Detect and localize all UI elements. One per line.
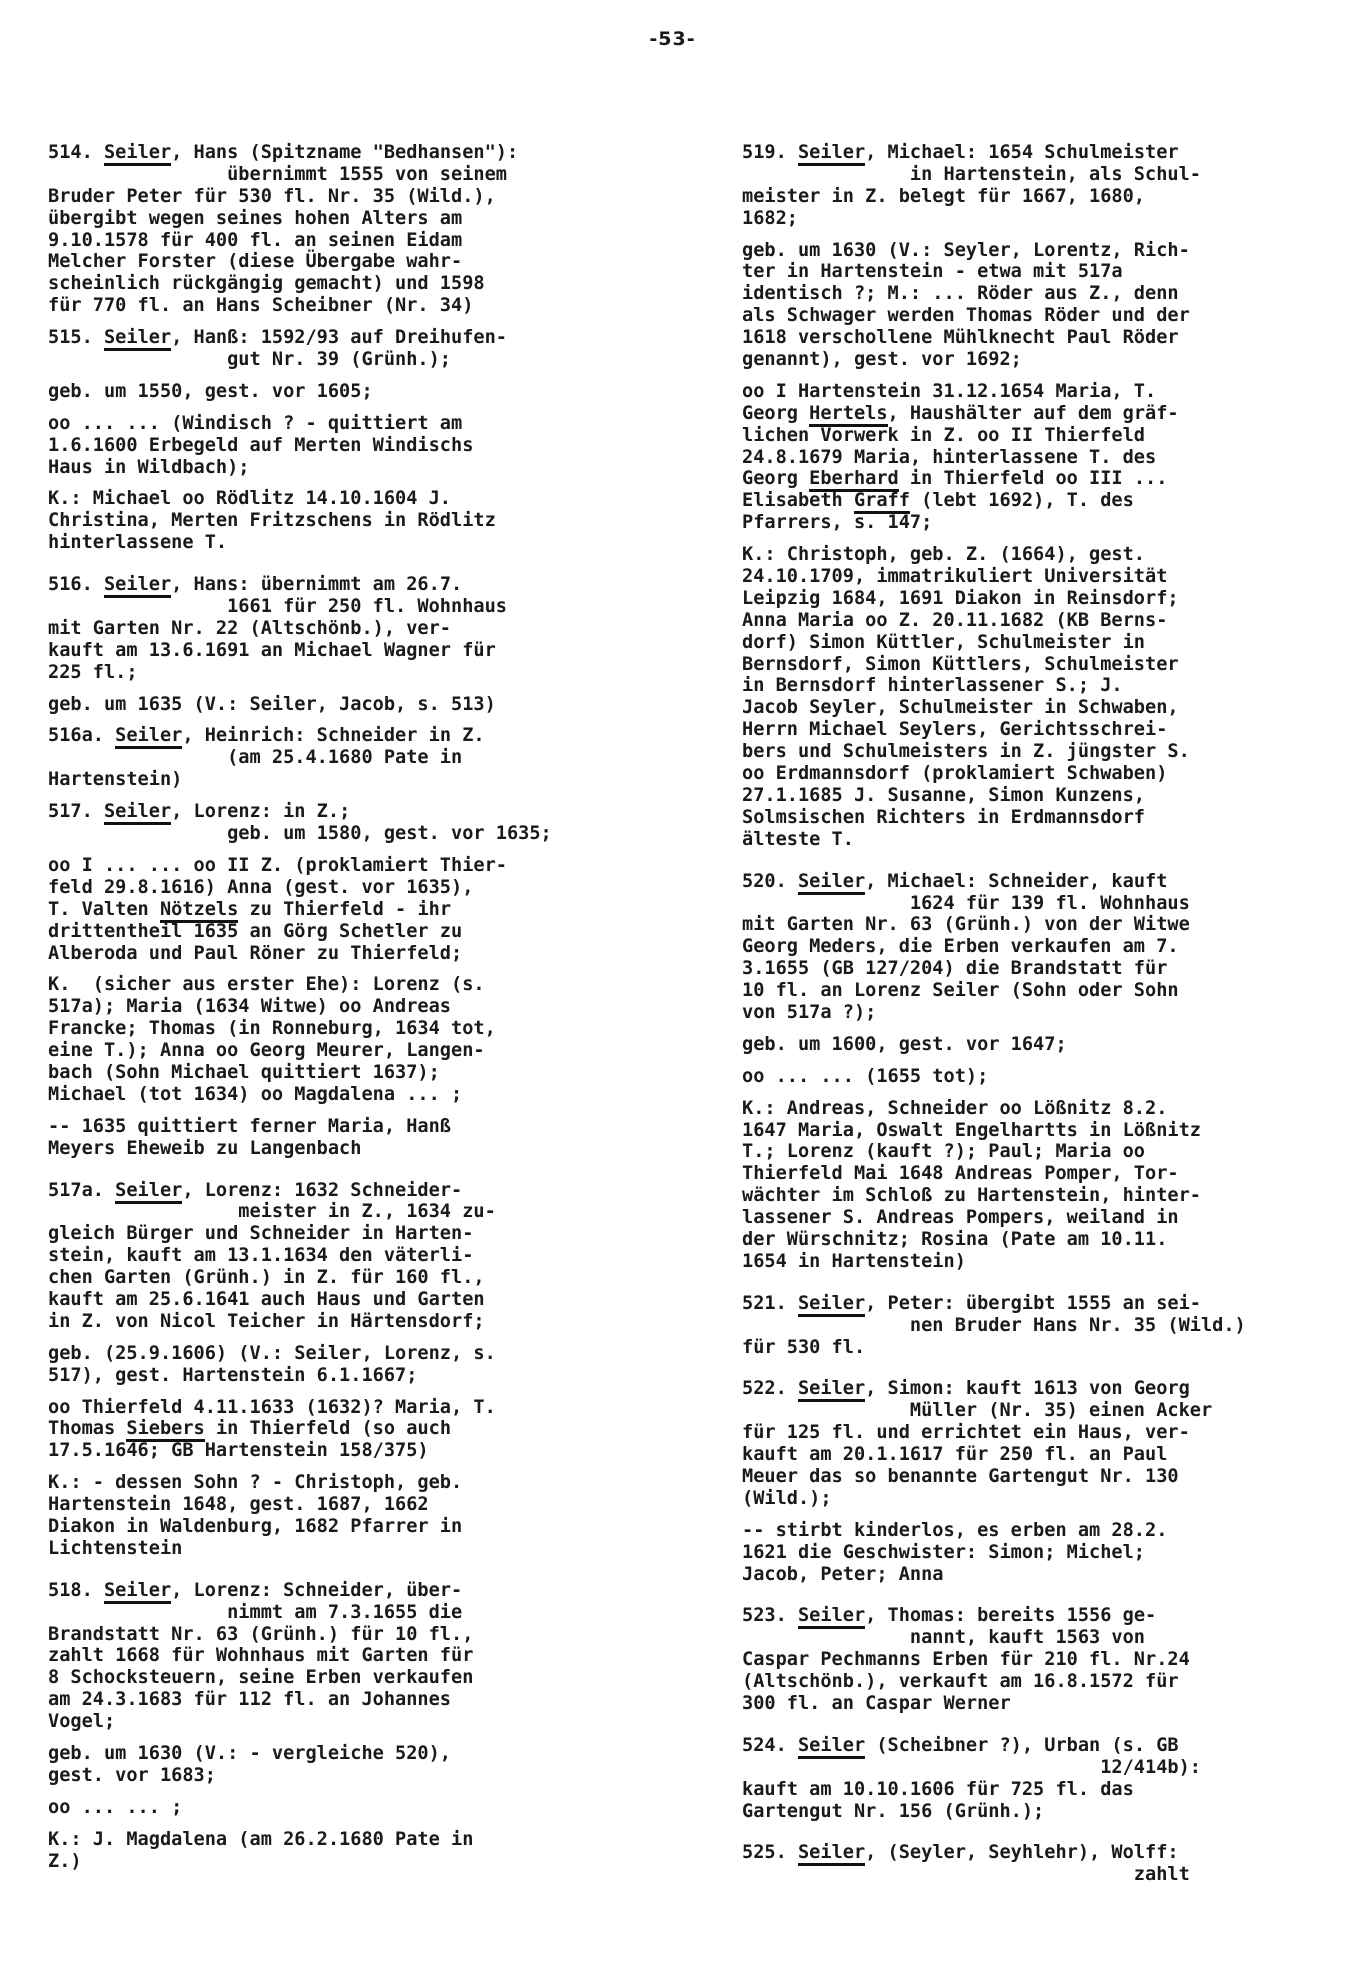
text-line: 517a. Seiler, Lorenz: 1632 Schneider- bbox=[48, 1180, 648, 1202]
text-line: identisch ?; M.: ... Röder aus Z., denn bbox=[742, 283, 1332, 305]
text-line: in Bernsdorf hinterlassener S.; J. bbox=[742, 675, 1332, 697]
text-line: 12/414b): bbox=[742, 1757, 1332, 1779]
entry-515-b: geb. um 1550, gest. vor 1605; bbox=[48, 381, 648, 403]
entry-519-b: geb. um 1630 (V.: Seyler, Lorentz, Rich-… bbox=[742, 240, 1332, 371]
text-line: Leipzig 1684, 1691 Diakon in Reinsdorf; bbox=[742, 588, 1332, 610]
entry-519-a: 519. Seiler, Michael: 1654 Schulmeister … bbox=[742, 142, 1332, 230]
page-number: -53- bbox=[0, 28, 1345, 50]
underlined-name: Graff bbox=[854, 490, 910, 514]
text-line: nimmt am 7.3.1655 die bbox=[48, 1602, 648, 1624]
entry-522-b: -- stirbt kinderlos, es erben am 28.2.16… bbox=[742, 1520, 1332, 1586]
entry-517a-b: geb. (25.9.1606) (V.: Seiler, Lorenz, s.… bbox=[48, 1343, 648, 1387]
text-line: 524. Seiler (Scheibner ?), Urban (s. GB bbox=[742, 1735, 1332, 1757]
text-line: 521. Seiler, Peter: übergibt 1555 an sei… bbox=[742, 1293, 1332, 1315]
text-line: Hartenstein 1648, gest. 1687, 1662 bbox=[48, 1494, 648, 1516]
text-line: 518. Seiler, Lorenz: Schneider, über- bbox=[48, 1580, 648, 1602]
text-line: Georg Hertels, Haushälter auf dem gräf- bbox=[742, 403, 1332, 425]
entry-514: 514. Seiler, Hans (Spitzname "Bedhansen"… bbox=[48, 142, 648, 317]
entry-518-d: K.: J. Magdalena (am 26.2.1680 Pate inZ.… bbox=[48, 1829, 648, 1873]
text-line: oo Erdmannsdorf (proklamiert Schwaben) bbox=[742, 763, 1332, 785]
entry-524: 524. Seiler (Scheibner ?), Urban (s. GB … bbox=[742, 1735, 1332, 1823]
entry-518-c: oo ... ... ; bbox=[48, 1797, 648, 1819]
text-line: kauft am 25.6.1641 auch Haus und Garten bbox=[48, 1289, 648, 1311]
entry-522-a: 522. Seiler, Simon: kauft 1613 von Georg… bbox=[742, 1378, 1332, 1509]
text-line: 520. Seiler, Michael: Schneider, kauft bbox=[742, 871, 1332, 893]
text-line: 1621 die Geschwister: Simon; Michel; bbox=[742, 1542, 1332, 1564]
text-line: übergibt wegen seines hohen Alters am bbox=[48, 208, 648, 230]
text-line: Brandstatt Nr. 63 (Grünh.) für 10 fl., bbox=[48, 1624, 648, 1646]
text-line: Elisabeth Graff (lebt 1692), T. des bbox=[742, 490, 1332, 512]
text-line: (Wild.); bbox=[742, 1488, 1332, 1510]
entry-515-d: K.: Michael oo Rödlitz 14.10.1604 J.Chri… bbox=[48, 488, 648, 554]
text-line: 225 fl.; bbox=[48, 662, 648, 684]
text-line: K.: - dessen Sohn ? - Christoph, geb. bbox=[48, 1472, 648, 1494]
text-line: 517a); Maria (1634 Witwe) oo Andreas bbox=[48, 996, 648, 1018]
text-line: genannt), gest. vor 1692; bbox=[742, 349, 1332, 371]
text-line: 525. Seiler, (Seyler, Seyhlehr), Wolff: bbox=[742, 1842, 1332, 1864]
text-line: nannt, kauft 1563 von bbox=[742, 1627, 1332, 1649]
entry-520-b: geb. um 1600, gest. vor 1647; bbox=[742, 1034, 1332, 1056]
text-line: 1682; bbox=[742, 208, 1332, 230]
text-line: 1647 Maria, Oswalt Engelhartts in Lößnit… bbox=[742, 1120, 1332, 1142]
text-line: von 517a ?); bbox=[742, 1002, 1332, 1024]
text-line: 10 fl. an Lorenz Seiler (Sohn oder Sohn bbox=[742, 980, 1332, 1002]
text-line: 517. Seiler, Lorenz: in Z.; bbox=[48, 801, 648, 823]
text-line: Georg Eberhard in Thierfeld oo III ... bbox=[742, 468, 1332, 490]
text-line: oo I Hartenstein 31.12.1654 Maria, T. bbox=[742, 381, 1332, 403]
entry-520-c: oo ... ... (1655 tot); bbox=[742, 1066, 1332, 1088]
text-line: gleich Bürger und Schneider in Harten- bbox=[48, 1223, 648, 1245]
text-line: stein, kauft am 13.1.1634 den väterli- bbox=[48, 1245, 648, 1267]
text-line: meister in Z., 1634 zu- bbox=[48, 1201, 648, 1223]
underlined-name: Seiler bbox=[798, 1842, 865, 1866]
text-line: älteste T. bbox=[742, 829, 1332, 851]
entry-517a-a: 517a. Seiler, Lorenz: 1632 Schneider- me… bbox=[48, 1180, 648, 1333]
entry-519-d: K.: Christoph, geb. Z. (1664), gest.24.1… bbox=[742, 544, 1332, 850]
text-line: Gartengut Nr. 156 (Grünh.); bbox=[742, 1801, 1332, 1823]
underlined-name: Seiler bbox=[115, 725, 182, 749]
text-line: 17.5.1646; GB Hartenstein 158/375) bbox=[48, 1440, 648, 1462]
text-line: drittentheil 1635 an Görg Schetler zu bbox=[48, 921, 648, 943]
text-line: für 530 fl. bbox=[742, 1337, 1332, 1359]
text-line: übernimmt 1555 von seinem bbox=[48, 164, 648, 186]
text-line: geb. um 1550, gest. vor 1605; bbox=[48, 381, 648, 403]
text-line: 1654 in Hartenstein) bbox=[742, 1251, 1332, 1273]
text-line: Thomas Siebers in Thierfeld (so auch bbox=[48, 1418, 648, 1440]
text-line: mit Garten Nr. 22 (Altschönb.), ver- bbox=[48, 618, 648, 640]
underlined-name: Seiler bbox=[104, 327, 171, 351]
text-line: gut Nr. 39 (Grünh.); bbox=[48, 349, 648, 371]
text-line: oo ... ... (1655 tot); bbox=[742, 1066, 1332, 1088]
text-line: 516. Seiler, Hans: übernimmt am 26.7. bbox=[48, 574, 648, 596]
text-line: für 770 fl. an Hans Scheibner (Nr. 34) bbox=[48, 295, 648, 317]
text-line: 3.1655 (GB 127/204) die Brandstatt für bbox=[742, 958, 1332, 980]
text-line: nen Bruder Hans Nr. 35 (Wild.) bbox=[742, 1315, 1332, 1337]
underlined-name: Seiler bbox=[104, 574, 171, 598]
text-line: -- 1635 quittiert ferner Maria, Hanß bbox=[48, 1116, 648, 1138]
text-line: dorf) Simon Küttler, Schulmeister in bbox=[742, 632, 1332, 654]
text-line: geb. um 1630 (V.: - vergleiche 520), bbox=[48, 1743, 648, 1765]
text-line: 523. Seiler, Thomas: bereits 1556 ge- bbox=[742, 1605, 1332, 1627]
text-line: geb. (25.9.1606) (V.: Seiler, Lorenz, s. bbox=[48, 1343, 648, 1365]
entry-525: 525. Seiler, (Seyler, Seyhlehr), Wolff: … bbox=[742, 1842, 1332, 1886]
text-line: Meyers Eheweib zu Langenbach bbox=[48, 1138, 648, 1160]
text-line: als Schwager werden Thomas Röder und der bbox=[742, 305, 1332, 327]
text-line: chen Garten (Grünh.) in Z. für 160 fl., bbox=[48, 1267, 648, 1289]
text-line: T.; Lorenz (kauft ?); Paul; Maria oo bbox=[742, 1141, 1332, 1163]
text-line: Pfarrers, s. 147; bbox=[742, 512, 1332, 534]
text-line: Müller (Nr. 35) einen Acker bbox=[742, 1400, 1332, 1422]
underlined-name: Seiler bbox=[104, 1580, 171, 1604]
text-line: 522. Seiler, Simon: kauft 1613 von Georg bbox=[742, 1378, 1332, 1400]
text-line: Francke; Thomas (in Ronneburg, 1634 tot, bbox=[48, 1018, 648, 1040]
underlined-name: Seiler bbox=[798, 1605, 865, 1629]
text-line: Georg Meders, die Erben verkaufen am 7. bbox=[742, 936, 1332, 958]
underlined-name: Hertels bbox=[809, 403, 887, 427]
text-line: am 24.3.1683 für 112 fl. an Johannes bbox=[48, 1689, 648, 1711]
text-line: 9.10.1578 für 400 fl. an seinen Eidam bbox=[48, 230, 648, 252]
text-line: Christina, Merten Fritzschens in Rödlitz bbox=[48, 510, 648, 532]
text-line: meister in Z. belegt für 1667, 1680, bbox=[742, 186, 1332, 208]
entry-516-b: geb. um 1635 (V.: Seiler, Jacob, s. 513) bbox=[48, 694, 648, 716]
text-line: Lichtenstein bbox=[48, 1538, 648, 1560]
text-line: Jacob, Peter; Anna bbox=[742, 1564, 1332, 1586]
underlined-name: Seiler bbox=[798, 871, 865, 895]
entry-516a: 516a. Seiler, Heinrich: Schneider in Z. … bbox=[48, 725, 648, 791]
text-line: kauft am 13.6.1691 an Michael Wagner für bbox=[48, 640, 648, 662]
text-line: zahlt 1668 für Wohnhaus mit Garten für bbox=[48, 1645, 648, 1667]
text-line: zahlt bbox=[742, 1864, 1332, 1886]
entry-515-a: 515. Seiler, Hanß: 1592/93 auf Dreihufen… bbox=[48, 327, 648, 371]
text-line: bers und Schulmeisters in Z. jüngster S. bbox=[742, 741, 1332, 763]
text-line: gest. vor 1683; bbox=[48, 1765, 648, 1787]
text-line: T. Valten Nötzels zu Thierfeld - ihr bbox=[48, 899, 648, 921]
text-line: Bernsdorf, Simon Küttlers, Schulmeister bbox=[742, 654, 1332, 676]
text-line: -- stirbt kinderlos, es erben am 28.2. bbox=[742, 1520, 1332, 1542]
text-line: Vogel; bbox=[48, 1711, 648, 1733]
text-line: lichen Vorwerk in Z. oo II Thierfeld bbox=[742, 425, 1332, 447]
text-line: oo ... ... (Windisch ? - quittiert am bbox=[48, 413, 648, 435]
text-line: K.: Christoph, geb. Z. (1664), gest. bbox=[742, 544, 1332, 566]
underlined-name: Seiler bbox=[798, 1378, 865, 1402]
text-line: Herrn Michael Seylers, Gerichtsschrei- bbox=[742, 719, 1332, 741]
entry-515-c: oo ... ... (Windisch ? - quittiert am1.6… bbox=[48, 413, 648, 479]
right-column: 519. Seiler, Michael: 1654 Schulmeister … bbox=[742, 142, 1332, 1896]
underlined-name: Seiler bbox=[798, 142, 865, 166]
text-line: geb. um 1635 (V.: Seiler, Jacob, s. 513) bbox=[48, 694, 648, 716]
text-line: geb. um 1580, gest. vor 1635; bbox=[48, 823, 648, 845]
text-line: 517), gest. Hartenstein 6.1.1667; bbox=[48, 1365, 648, 1387]
entry-521: 521. Seiler, Peter: übergibt 1555 an sei… bbox=[742, 1293, 1332, 1359]
text-line: Caspar Pechmanns Erben für 210 fl. Nr.24 bbox=[742, 1649, 1332, 1671]
text-line: oo ... ... ; bbox=[48, 1797, 648, 1819]
entry-517-a: 517. Seiler, Lorenz: in Z.; geb. um 1580… bbox=[48, 801, 648, 845]
text-line: eine T.); Anna oo Georg Meurer, Langen- bbox=[48, 1040, 648, 1062]
text-line: feld 29.8.1616) Anna (gest. vor 1635), bbox=[48, 877, 648, 899]
text-line: Diakon in Waldenburg, 1682 Pfarrer in bbox=[48, 1516, 648, 1538]
entry-518-a: 518. Seiler, Lorenz: Schneider, über- ni… bbox=[48, 1580, 648, 1733]
entry-518-b: geb. um 1630 (V.: - vergleiche 520),gest… bbox=[48, 1743, 648, 1787]
text-line: 519. Seiler, Michael: 1654 Schulmeister bbox=[742, 142, 1332, 164]
text-line: Solmsischen Richters in Erdmannsdorf bbox=[742, 807, 1332, 829]
text-line: K.: Andreas, Schneider oo Lößnitz 8.2. bbox=[742, 1098, 1332, 1120]
text-line: Z.) bbox=[48, 1851, 648, 1873]
text-line: scheinlich rückgängig gemacht) und 1598 bbox=[48, 273, 648, 295]
text-line: K.: J. Magdalena (am 26.2.1680 Pate in bbox=[48, 1829, 648, 1851]
text-line: in Z. von Nicol Teicher in Härtensdorf; bbox=[48, 1311, 648, 1333]
entry-520-d: K.: Andreas, Schneider oo Lößnitz 8.2.16… bbox=[742, 1098, 1332, 1273]
underlined-name: Siebers bbox=[126, 1418, 204, 1442]
text-line: Haus in Wildbach); bbox=[48, 457, 648, 479]
entry-517-d: -- 1635 quittiert ferner Maria, HanßMeye… bbox=[48, 1116, 648, 1160]
text-line: bach (Sohn Michael quittiert 1637); bbox=[48, 1062, 648, 1084]
text-line: kauft am 20.1.1617 für 250 fl. an Paul bbox=[742, 1444, 1332, 1466]
text-line: oo Thierfeld 4.11.1633 (1632)? Maria, T. bbox=[48, 1397, 648, 1419]
text-line: Meuer das so benannte Gartengut Nr. 130 bbox=[742, 1466, 1332, 1488]
text-line: 24.8.1679 Maria, hinterlassene T. des bbox=[742, 447, 1332, 469]
left-column: 514. Seiler, Hans (Spitzname "Bedhansen"… bbox=[48, 142, 648, 1882]
entry-517-b: oo I ... ... oo II Z. (proklamiert Thier… bbox=[48, 855, 648, 964]
entry-517a-c: oo Thierfeld 4.11.1633 (1632)? Maria, T.… bbox=[48, 1397, 648, 1463]
text-line: 8 Schocksteuern, seine Erben verkaufen bbox=[48, 1667, 648, 1689]
underlined-name: Seiler bbox=[104, 142, 171, 166]
text-line: wächter im Schloß zu Hartenstein, hinter… bbox=[742, 1185, 1332, 1207]
text-line: (Altschönb.), verkauft am 16.8.1572 für bbox=[742, 1671, 1332, 1693]
text-line: 300 fl. an Caspar Werner bbox=[742, 1693, 1332, 1715]
text-line: ter in Hartenstein - etwa mit 517a bbox=[742, 261, 1332, 283]
entry-519-c: oo I Hartenstein 31.12.1654 Maria, T.Geo… bbox=[742, 381, 1332, 534]
underlined-name: Seiler bbox=[798, 1293, 865, 1317]
underlined-name: Seiler bbox=[115, 1180, 182, 1204]
text-line: lassener S. Andreas Pompers, weiland in bbox=[742, 1207, 1332, 1229]
text-line: 27.1.1685 J. Susanne, Simon Kunzens, bbox=[742, 785, 1332, 807]
underlined-name: Nötzels bbox=[160, 899, 238, 923]
entry-517a-d: K.: - dessen Sohn ? - Christoph, geb.Har… bbox=[48, 1472, 648, 1560]
text-line: Melcher Forster (diese Übergabe wahr- bbox=[48, 251, 648, 273]
text-line: geb. um 1630 (V.: Seyler, Lorentz, Rich- bbox=[742, 240, 1332, 262]
text-line: Bruder Peter für 530 fl. Nr. 35 (Wild.), bbox=[48, 186, 648, 208]
text-line: 515. Seiler, Hanß: 1592/93 auf Dreihufen… bbox=[48, 327, 648, 349]
text-line: 24.10.1709, immatrikuliert Universität bbox=[742, 566, 1332, 588]
text-line: (am 25.4.1680 Pate in bbox=[48, 747, 648, 769]
entry-517-c: K. (sicher aus erster Ehe): Lorenz (s.51… bbox=[48, 974, 648, 1105]
entry-520-a: 520. Seiler, Michael: Schneider, kauft 1… bbox=[742, 871, 1332, 1024]
text-line: hinterlassene T. bbox=[48, 532, 648, 554]
text-line: Alberoda und Paul Röner zu Thierfeld; bbox=[48, 943, 648, 965]
text-line: 1618 verschollene Mühlknecht Paul Röder bbox=[742, 327, 1332, 349]
underlined-name: Seiler bbox=[798, 1735, 865, 1759]
text-line: Michael (tot 1634) oo Magdalena ... ; bbox=[48, 1084, 648, 1106]
text-line: Anna Maria oo Z. 20.11.1682 (KB Berns- bbox=[742, 610, 1332, 632]
text-line: geb. um 1600, gest. vor 1647; bbox=[742, 1034, 1332, 1056]
text-line: mit Garten Nr. 63 (Grünh.) von der Witwe bbox=[742, 914, 1332, 936]
text-line: der Würschnitz; Rosina (Pate am 10.11. bbox=[742, 1229, 1332, 1251]
text-line: K. (sicher aus erster Ehe): Lorenz (s. bbox=[48, 974, 648, 996]
text-line: Jacob Seyler, Schulmeister in Schwaben, bbox=[742, 697, 1332, 719]
text-line: kauft am 10.10.1606 für 725 fl. das bbox=[742, 1779, 1332, 1801]
text-line: 514. Seiler, Hans (Spitzname "Bedhansen"… bbox=[48, 142, 648, 164]
text-line: oo I ... ... oo II Z. (proklamiert Thier… bbox=[48, 855, 648, 877]
text-line: für 125 fl. und errichtet ein Haus, ver- bbox=[742, 1422, 1332, 1444]
underlined-name: Eberhard bbox=[809, 468, 899, 492]
entry-523: 523. Seiler, Thomas: bereits 1556 ge- na… bbox=[742, 1605, 1332, 1714]
underlined-name: Seiler bbox=[104, 801, 171, 825]
text-line: Thierfeld Mai 1648 Andreas Pomper, Tor- bbox=[742, 1163, 1332, 1185]
text-line: 1.6.1600 Erbegeld auf Merten Windischs bbox=[48, 435, 648, 457]
text-line: 516a. Seiler, Heinrich: Schneider in Z. bbox=[48, 725, 648, 747]
text-line: K.: Michael oo Rödlitz 14.10.1604 J. bbox=[48, 488, 648, 510]
text-line: 1661 für 250 fl. Wohnhaus bbox=[48, 596, 648, 618]
text-line: Hartenstein) bbox=[48, 769, 648, 791]
text-line: in Hartenstein, als Schul- bbox=[742, 164, 1332, 186]
text-line: 1624 für 139 fl. Wohnhaus bbox=[742, 893, 1332, 915]
entry-516-a: 516. Seiler, Hans: übernimmt am 26.7. 16… bbox=[48, 574, 648, 683]
